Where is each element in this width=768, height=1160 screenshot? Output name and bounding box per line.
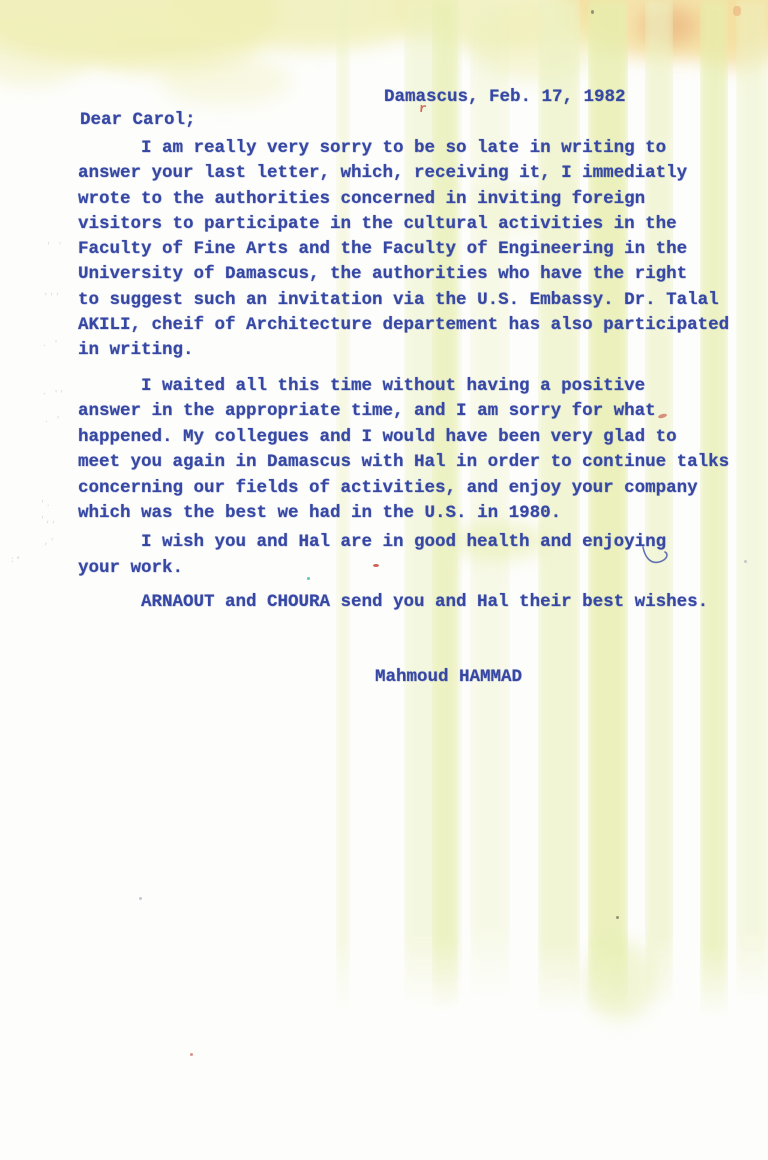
letter-page: Damascus, Feb. 17, 1982 Dear Carol; I am…	[0, 0, 768, 1160]
pencil-mark: ' '	[46, 242, 63, 251]
pencil-mark: - ''	[42, 390, 65, 399]
stain-blob	[0, 25, 90, 85]
pencil-mark: :*	[10, 556, 22, 565]
teal-speck	[307, 577, 310, 580]
red-speck	[658, 413, 668, 419]
gray-speck	[744, 560, 747, 563]
stain-blob-orange-spot	[640, 6, 698, 46]
red-ink-mark: r	[418, 101, 427, 117]
gray-speck	[139, 897, 142, 900]
dark-speck	[616, 916, 619, 919]
pencil-mark: '.	[40, 500, 52, 509]
orange-speck	[733, 6, 741, 16]
pencil-mark: ',,	[40, 516, 57, 525]
stain-blob	[470, 5, 600, 80]
letter-line: which was the best we had in the U.S. in…	[78, 503, 561, 523]
stain-blob	[390, 0, 620, 50]
letter-line: AKILI, cheif of Architecture departement…	[78, 315, 729, 335]
letter-line: to suggest such an invitation via the U.…	[78, 290, 719, 310]
letter-salutation: Dear Carol;	[80, 110, 196, 130]
letter-line: happened. My collegues and I would have …	[78, 427, 677, 447]
letter-line: meet you again in Damascus with Hal in o…	[78, 452, 729, 472]
red-speck	[373, 564, 379, 567]
letter-signature: Mahmoud HAMMAD	[375, 667, 522, 687]
letter-line: your work.	[78, 558, 183, 578]
letter-line: answer your last letter, which, receivin…	[78, 163, 687, 183]
stain-streak	[736, 0, 768, 1002]
stain-blob	[160, 55, 290, 105]
pen-flourish	[641, 546, 675, 572]
letter-line: University of Damascus, the authorities …	[78, 264, 687, 284]
letter-line: I waited all this time without having a …	[141, 376, 645, 396]
stain-blob	[0, 0, 280, 65]
letter-line: ARNAOUT and CHOURA send you and Hal thei…	[141, 592, 708, 612]
stain-blob	[585, 940, 655, 1020]
letter-line: concerning our fields of activities, and…	[78, 478, 698, 498]
letter-line: I wish you and Hal are in good health an…	[141, 532, 666, 552]
pencil-mark: ,,,	[44, 288, 61, 297]
letter-line: visitors to participate in the cultural …	[78, 214, 677, 234]
letter-line: Faculty of Fine Arts and the Faculty of …	[78, 239, 687, 259]
pencil-mark: . '	[44, 416, 61, 425]
letter-line: I am really very sorry to be so late in …	[141, 138, 666, 158]
red-speck	[190, 1053, 193, 1056]
stain-streak	[700, 0, 728, 1018]
letter-line: answer in the appropriate time, and I am…	[78, 401, 656, 421]
pencil-mark: . '	[42, 340, 59, 349]
pencil-mark: ,'	[44, 538, 56, 547]
stain-blob	[690, 0, 768, 70]
letter-line: wrote to the authorities concerned in in…	[78, 189, 645, 209]
stain-blob	[170, 0, 450, 50]
letter-line: in writing.	[78, 340, 194, 360]
dark-speck	[591, 10, 594, 14]
stain-blob	[80, 15, 260, 75]
